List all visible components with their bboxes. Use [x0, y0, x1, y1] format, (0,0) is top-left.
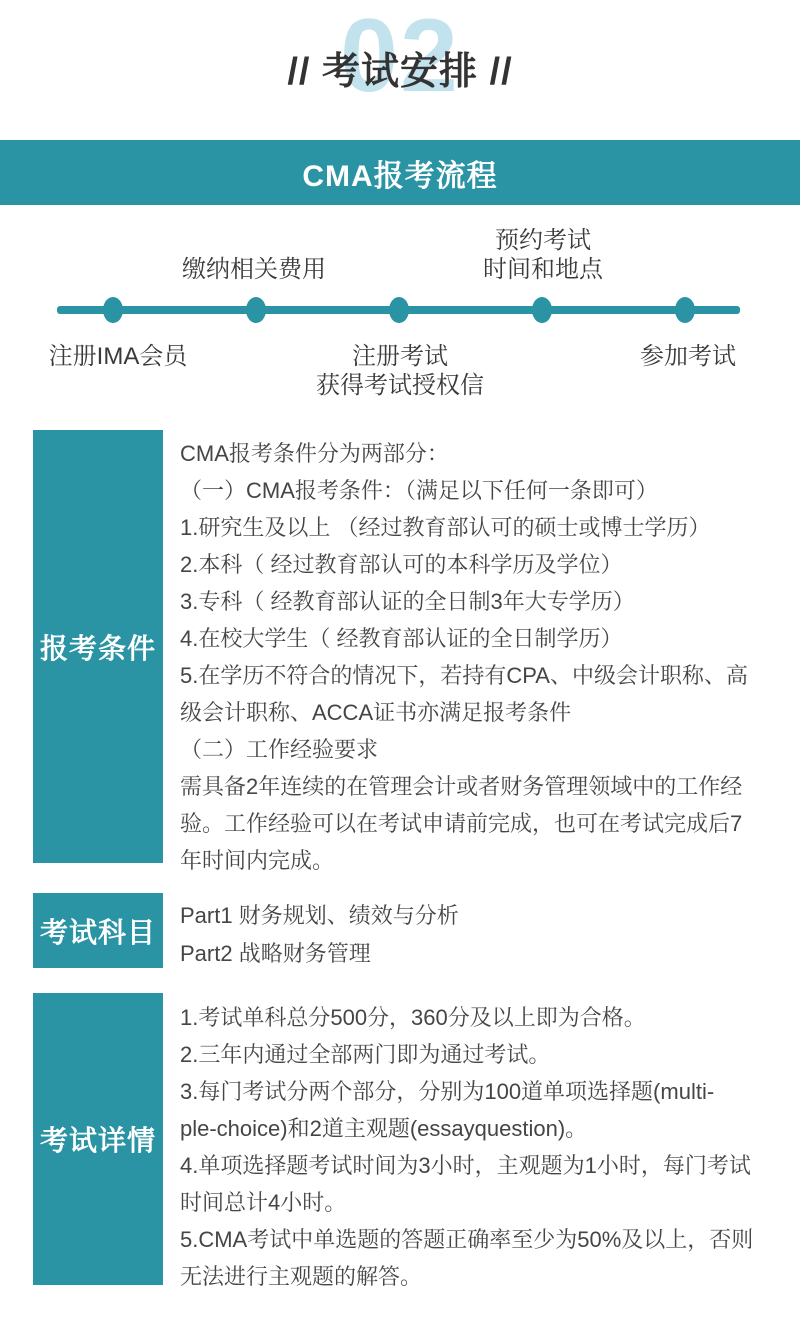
timeline-step-label-1: 注册IMA会员: [49, 342, 188, 371]
section-details: 考试详情 1.考试单科总分500分，360分及以上即为合格。 2.三年内通过全部…: [33, 993, 800, 1285]
text-line: （一）CMA报考条件：（满足以下任何一条即可）: [180, 472, 748, 509]
timeline-step-label-2: 缴纳相关费用: [182, 255, 326, 284]
page: 02 // 考试安排 // CMA报考流程 注册IMA会员 缴纳相关费用 注册考…: [0, 0, 800, 1322]
section-label-subjects: 考试科目: [33, 893, 163, 968]
text-line: 4.在校大学生（ 经教育部认证的全日制学历）: [180, 620, 748, 657]
text-line: ple-choice)和2道主观题(essayquestion)。: [180, 1110, 753, 1147]
timeline-step-line: 注册IMA会员: [49, 342, 188, 371]
timeline-dot-2: [246, 297, 266, 323]
process-timeline: 注册IMA会员 缴纳相关费用 注册考试 获得考试授权信 预约考试 时间和地点 参…: [0, 205, 800, 425]
timeline-dot-5: [675, 297, 695, 323]
text-line: 2.本科（ 经过教育部认可的本科学历及学位）: [180, 546, 748, 583]
text-line: CMA报考条件分为两部分：: [180, 435, 748, 472]
timeline-step-line: 获得考试授权信: [316, 371, 484, 400]
timeline-step-label-5: 参加考试: [640, 342, 736, 371]
text-line: 3.每门考试分两个部分，分别为100道单项选择题(multi-: [180, 1073, 753, 1110]
text-line: （二）工作经验要求: [180, 731, 748, 768]
section-label-details: 考试详情: [33, 993, 163, 1285]
section-body-subjects: Part1 财务规划、绩效与分析 Part2 战略财务管理: [180, 893, 459, 968]
text-line: 年时间内完成。: [180, 842, 748, 879]
banner-title: CMA报考流程: [302, 151, 497, 195]
timeline-dot-4: [532, 297, 552, 323]
banner: CMA报考流程: [0, 140, 800, 205]
timeline-step-label-3: 注册考试 获得考试授权信: [316, 342, 484, 400]
timeline-dot-3: [389, 297, 409, 323]
text-line: 需具备2年连续的在管理会计或者财务管理领域中的工作经: [180, 768, 748, 805]
text-line: 无法进行主观题的解答。: [180, 1258, 753, 1295]
timeline-step-label-4: 预约考试 时间和地点: [483, 226, 603, 284]
section-label-requirements: 报考条件: [33, 430, 163, 863]
timeline-step-line: 缴纳相关费用: [182, 255, 326, 284]
page-title: // 考试安排 //: [287, 40, 512, 95]
text-line: 1.考试单科总分500分，360分及以上即为合格。: [180, 999, 753, 1036]
page-header: 02 // 考试安排 //: [0, 0, 800, 140]
text-line: 5.在学历不符合的情况下，若持有CPA、中级会计职称、高: [180, 657, 748, 694]
text-line: 2.三年内通过全部两门即为通过考试。: [180, 1036, 753, 1073]
text-line: 验。工作经验可以在考试申请前完成，也可在考试完成后7: [180, 805, 748, 842]
text-line: 5.CMA考试中单选题的答题正确率至少为50%及以上，否则: [180, 1221, 753, 1258]
timeline-step-line: 预约考试: [483, 226, 603, 255]
text-line: Part2 战略财务管理: [180, 935, 459, 973]
section-requirements: 报考条件 CMA报考条件分为两部分： （一）CMA报考条件：（满足以下任何一条即…: [33, 430, 800, 863]
text-line: 时间总计4小时。: [180, 1184, 753, 1221]
text-line: 1.研究生及以上 （经过教育部认可的硕士或博士学历）: [180, 509, 748, 546]
timeline-dot-1: [103, 297, 123, 323]
text-line: 4.单项选择题考试时间为3小时，主观题为1小时，每门考试: [180, 1147, 753, 1184]
text-line: 级会计职称、ACCA证书亦满足报考条件: [180, 694, 748, 731]
text-line: 3.专科（ 经教育部认证的全日制3年大专学历）: [180, 583, 748, 620]
section-body-details: 1.考试单科总分500分，360分及以上即为合格。 2.三年内通过全部两门即为通…: [180, 993, 753, 1285]
timeline-step-line: 时间和地点: [483, 255, 603, 284]
text-line: Part1 财务规划、绩效与分析: [180, 897, 459, 935]
section-subjects: 考试科目 Part1 财务规划、绩效与分析 Part2 战略财务管理: [33, 893, 800, 968]
timeline-step-line: 注册考试: [316, 342, 484, 371]
info-sections: 报考条件 CMA报考条件分为两部分： （一）CMA报考条件：（满足以下任何一条即…: [0, 430, 800, 1285]
timeline-step-line: 参加考试: [640, 342, 736, 371]
section-body-requirements: CMA报考条件分为两部分： （一）CMA报考条件：（满足以下任何一条即可） 1.…: [180, 430, 748, 863]
